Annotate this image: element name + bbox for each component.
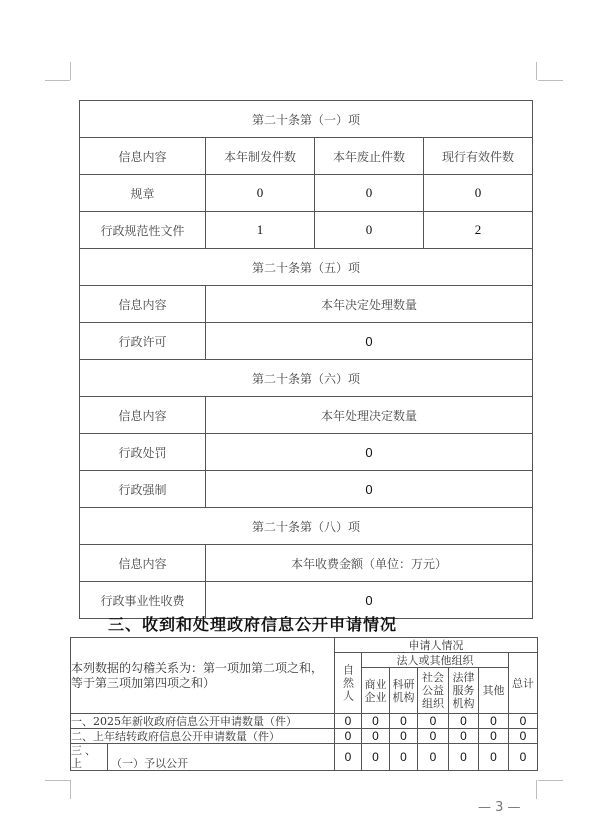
header-row: 信息内容 本年决定处理数量: [80, 286, 533, 323]
cell-value: 0: [206, 323, 533, 360]
article-20-statistics-table: 第二十条第（一）项 信息内容 本年制发件数 本年废止件数 现行有效件数 规章 0…: [79, 100, 533, 619]
column-header: 信息内容: [80, 286, 206, 323]
crop-mark-bottom-right: [536, 780, 537, 799]
note-cell: 本列数据的勾稽关系为：第一项加第二项之和，等于第三项加第四项之和）: [71, 638, 335, 714]
cell-value: 0: [479, 744, 509, 771]
legal-entity-header: 法人或其他组织: [362, 653, 509, 668]
column-header: 现行有效件数: [424, 138, 533, 175]
section-title-row: 第二十条第（八）项: [80, 508, 533, 545]
column-header: 法律服务机构: [449, 668, 479, 714]
cell-value: 0: [479, 729, 509, 744]
row-label: 三、上（一）予以公开: [71, 744, 335, 771]
cell-value: 0: [335, 744, 362, 771]
table-row: 行政规范性文件 1 0 2: [80, 212, 533, 249]
cell-value: 0: [509, 714, 538, 729]
cell-value: 0: [362, 729, 390, 744]
column-header: 社会公益组织: [418, 668, 449, 714]
cell-value: 0: [315, 212, 424, 249]
row-label: 一、2025年新收政府信息公开申请数量（件）: [71, 714, 335, 729]
cell-value: 0: [206, 434, 533, 471]
table-row: 行政处罚 0: [80, 434, 533, 471]
column-header: 本年决定处理数量: [206, 286, 533, 323]
cell-value: 0: [362, 744, 390, 771]
section-title: 第二十条第（六）项: [80, 360, 533, 397]
cell-value: 0: [335, 714, 362, 729]
section-title: 第二十条第（一）项: [80, 101, 533, 138]
crop-mark-bottom-left: [70, 780, 71, 799]
section-title-row: 第二十条第（六）项: [80, 360, 533, 397]
cell-value: 0: [390, 714, 418, 729]
row-label-prefix: 三、上: [71, 744, 108, 770]
header-row: 信息内容 本年处理决定数量: [80, 397, 533, 434]
cell-value: 0: [418, 744, 449, 771]
row-label: 行政许可: [80, 323, 206, 360]
cell-value: 0: [206, 175, 315, 212]
crop-mark-top-right: [538, 80, 563, 81]
total-header: 总计: [509, 653, 538, 714]
page-number: — 3 —: [478, 800, 521, 815]
crop-mark-top-left: [70, 62, 71, 80]
column-header: 信息内容: [80, 138, 206, 175]
header-row: 本列数据的勾稽关系为：第一项加第二项之和，等于第三项加第四项之和） 申请人情况: [71, 638, 538, 653]
column-header: 本年制发件数: [206, 138, 315, 175]
cell-value: 0: [390, 729, 418, 744]
row-label: 行政处罚: [80, 434, 206, 471]
cell-value: 0: [206, 471, 533, 508]
crop-mark-top-left: [45, 80, 70, 81]
cell-value: 1: [206, 212, 315, 249]
crop-mark-top-right: [536, 62, 537, 80]
section-title-row: 第二十条第（一）项: [80, 101, 533, 138]
table-row: 三、上（一）予以公开 0 0 0 0 0 0 0: [71, 744, 538, 771]
column-header: 本年处理决定数量: [206, 397, 533, 434]
column-header: 本年废止件数: [315, 138, 424, 175]
table-row: 一、2025年新收政府信息公开申请数量（件） 0 0 0 0 0 0 0: [71, 714, 538, 729]
row-label: 规章: [80, 175, 206, 212]
table-row: 二、上年结转政府信息公开申请数量（件） 0 0 0 0 0 0 0: [71, 729, 538, 744]
applicant-header: 申请人情况: [335, 638, 538, 653]
cell-value: 0: [449, 729, 479, 744]
cell-value: 0: [418, 729, 449, 744]
column-header: 本年收费金额（单位：万元）: [206, 545, 533, 582]
column-header: 其他: [479, 668, 509, 714]
row-label: 行政规范性文件: [80, 212, 206, 249]
row-label: 行政强制: [80, 471, 206, 508]
table-row: 规章 0 0 0: [80, 175, 533, 212]
crop-mark-bottom-right: [538, 780, 563, 781]
section-title: 第二十条第（五）项: [80, 249, 533, 286]
cell-value: 0: [509, 744, 538, 771]
cell-value: 0: [449, 744, 479, 771]
column-header: 商业企业: [362, 668, 390, 714]
section-title-row: 第二十条第（五）项: [80, 249, 533, 286]
cell-value: 0: [390, 744, 418, 771]
cell-value: 0: [509, 729, 538, 744]
crop-mark-bottom-left: [45, 780, 70, 781]
header-row: 信息内容 本年制发件数 本年废止件数 现行有效件数: [80, 138, 533, 175]
header-row: 信息内容 本年收费金额（单位：万元）: [80, 545, 533, 582]
cell-value: 0: [315, 175, 424, 212]
cell-value: 2: [424, 212, 533, 249]
cell-value: 0: [479, 714, 509, 729]
application-statistics-table: 本列数据的勾稽关系为：第一项加第二项之和，等于第三项加第四项之和） 申请人情况 …: [70, 637, 538, 771]
column-header: 信息内容: [80, 397, 206, 434]
section-heading: 三、收到和处理政府信息公开申请情况: [108, 612, 397, 635]
cell-value: 0: [418, 714, 449, 729]
cell-value: 0: [424, 175, 533, 212]
natural-person-header: 自然人: [335, 653, 362, 714]
table-row: 行政强制 0: [80, 471, 533, 508]
cell-value: 0: [449, 714, 479, 729]
row-label-sub: （一）予以公开: [108, 757, 188, 770]
column-header: 信息内容: [80, 545, 206, 582]
section-title: 第二十条第（八）项: [80, 508, 533, 545]
cell-value: 0: [362, 714, 390, 729]
table-row: 行政许可 0: [80, 323, 533, 360]
column-header: 科研机构: [390, 668, 418, 714]
cell-value: 0: [335, 729, 362, 744]
row-label: 二、上年结转政府信息公开申请数量（件）: [71, 729, 335, 744]
